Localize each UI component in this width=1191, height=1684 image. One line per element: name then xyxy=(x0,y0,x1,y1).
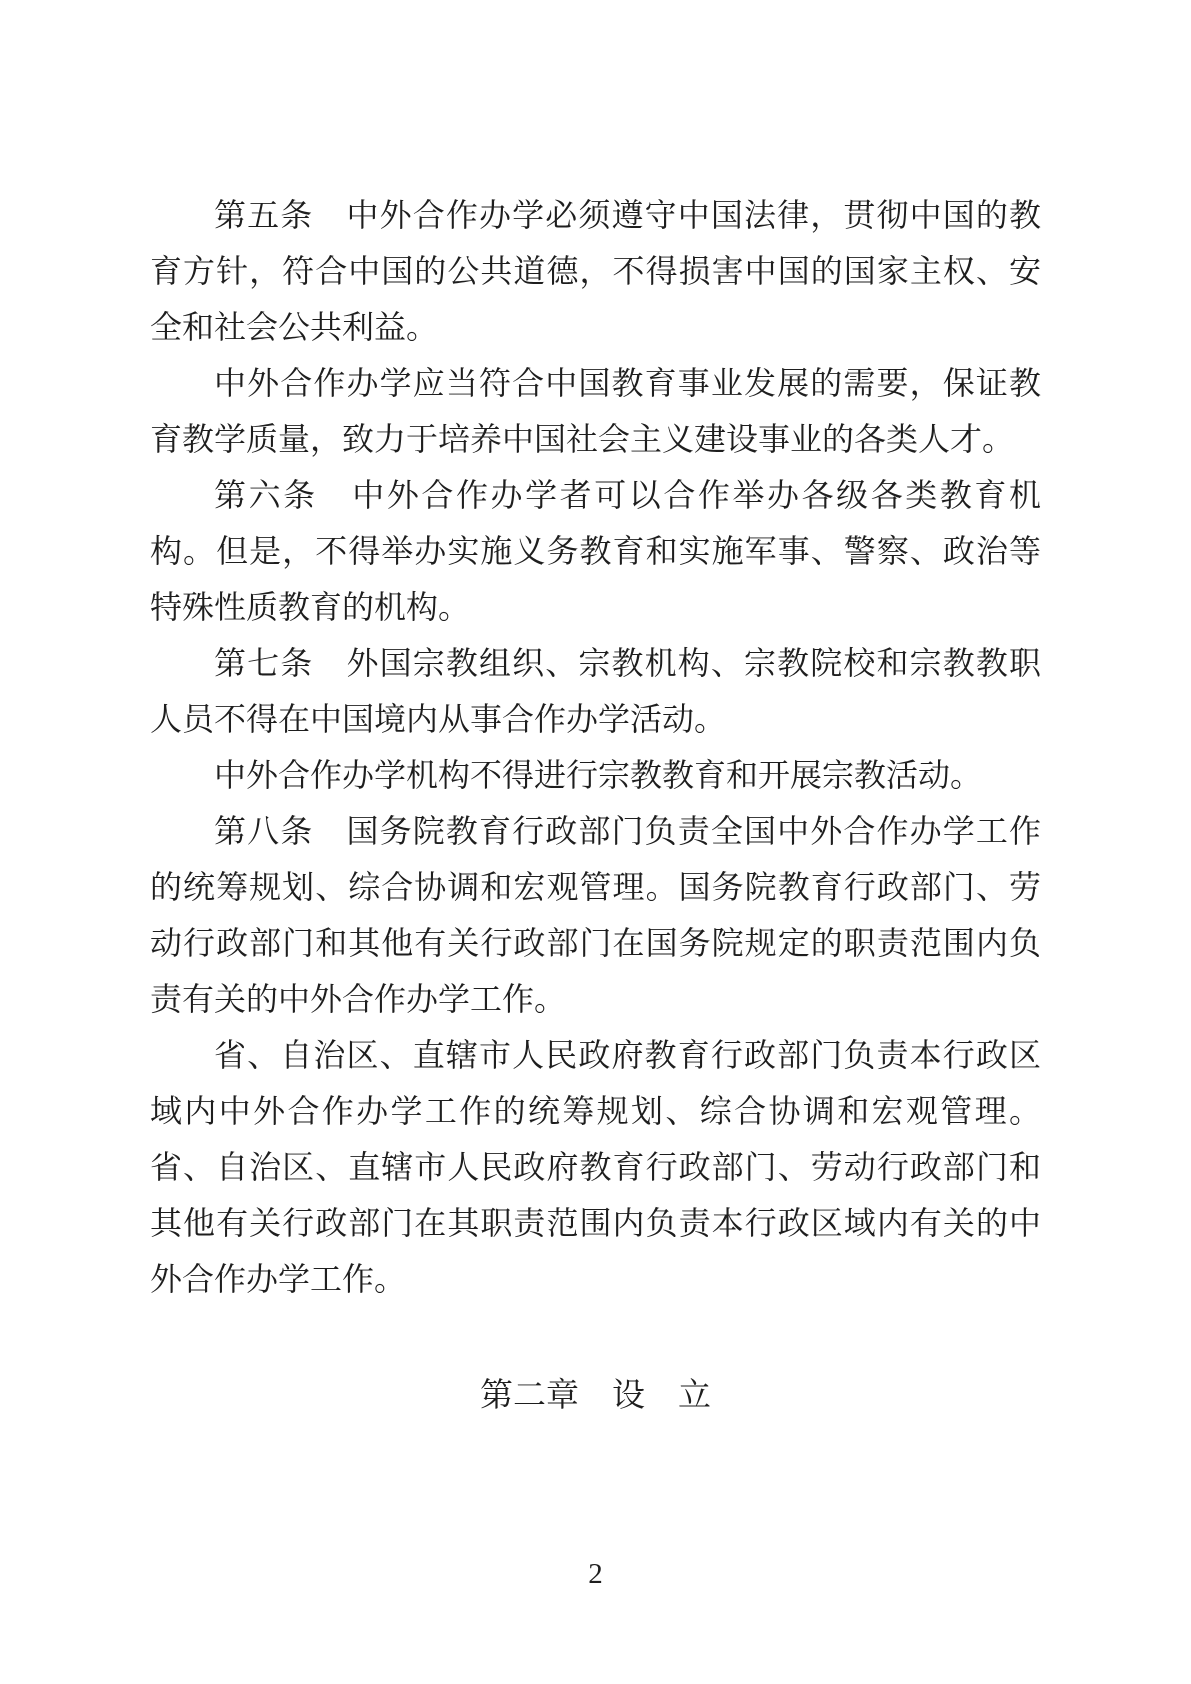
body-paragraph: 省、自治区、直辖市人民政府教育行政部门负责本行政区域内中外合作办学工作的统筹规划… xyxy=(150,1027,1041,1307)
document-page: 第五条 中外合作办学必须遵守中国法律，贯彻中国的教育方针，符合中国的公共道德，不… xyxy=(0,0,1191,1684)
body-paragraph: 第七条 外国宗教组织、宗教机构、宗教院校和宗教教职人员不得在中国境内从事合作办学… xyxy=(150,635,1041,747)
body-text-block: 第五条 中外合作办学必须遵守中国法律，贯彻中国的教育方针，符合中国的公共道德，不… xyxy=(150,187,1041,1307)
page-number: 2 xyxy=(0,1556,1191,1592)
chapter-heading: 第二章 设 立 xyxy=(0,1368,1191,1424)
body-paragraph: 中外合作办学机构不得进行宗教教育和开展宗教活动。 xyxy=(150,747,1041,803)
body-paragraph: 第六条 中外合作办学者可以合作举办各级各类教育机构。但是，不得举办实施义务教育和… xyxy=(150,467,1041,635)
body-paragraph: 第八条 国务院教育行政部门负责全国中外合作办学工作的统筹规划、综合协调和宏观管理… xyxy=(150,803,1041,1027)
body-paragraph: 中外合作办学应当符合中国教育事业发展的需要，保证教育教学质量，致力于培养中国社会… xyxy=(150,355,1041,467)
body-paragraph: 第五条 中外合作办学必须遵守中国法律，贯彻中国的教育方针，符合中国的公共道德，不… xyxy=(150,187,1041,355)
